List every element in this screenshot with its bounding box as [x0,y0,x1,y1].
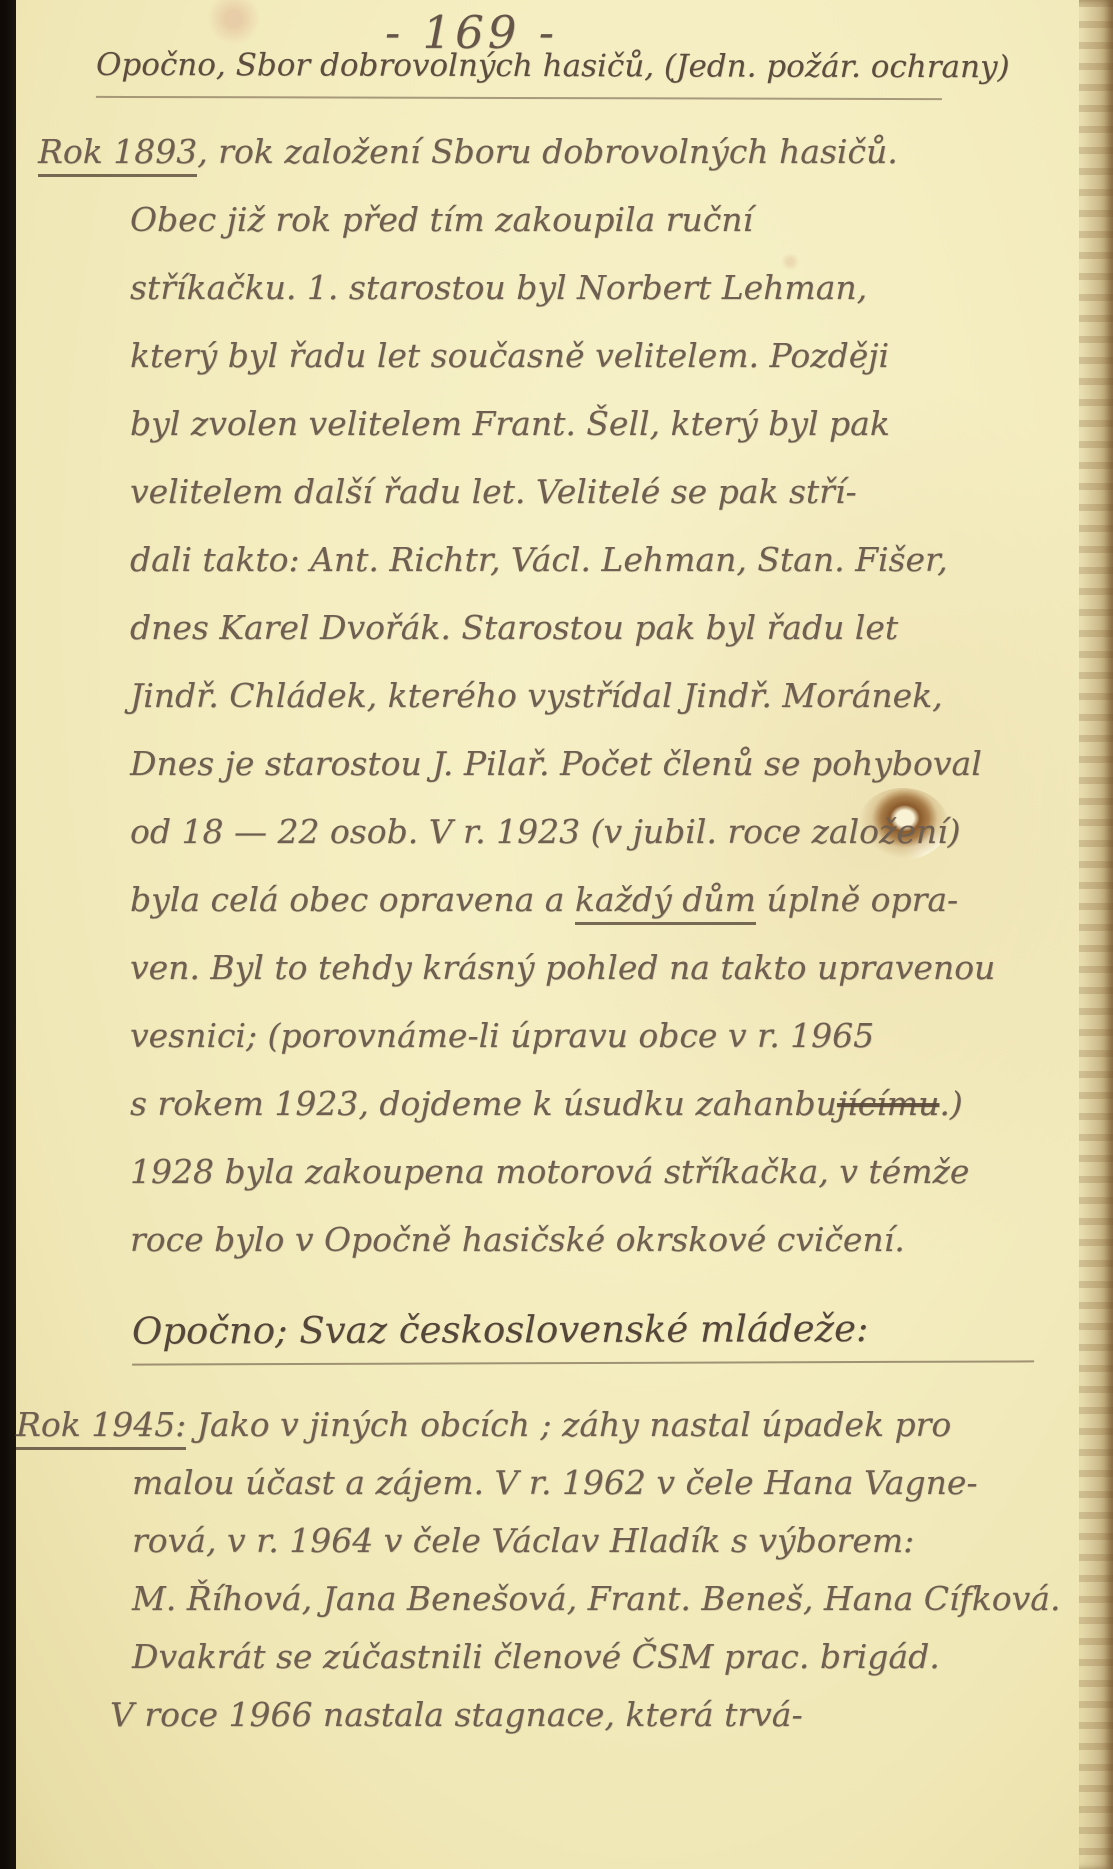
handwritten-line: ven. Byl to tehdy krásný pohled na takto… [130,934,1083,1002]
line-text: byla celá obec opravena a [130,880,575,919]
page-right-edge [1079,0,1113,1869]
line-text: ven. Byl to tehdy krásný pohled na takto… [130,948,995,987]
section-heading-hasici: Opočno, Sbor dobrovolných hasičů, (Jedn.… [96,47,942,100]
line-text: velitelem další řadu let. Velitelé se pa… [130,472,857,511]
handwritten-line: vesnici; (porovnáme-li úpravu obce v r. … [130,1002,1083,1070]
section-heading-mladez: Opočno; Svaz československé mládeže: [132,1306,1034,1365]
handwritten-line: stříkačku. 1. starostou byl Norbert Lehm… [130,254,1083,322]
line-text: dali takto: Ant. Richtr, Václ. Lehman, S… [130,540,948,579]
line-text: od 18 — 22 osob. V r. 1923 (v jubil. roc… [130,812,961,851]
handwritten-line: 1928 byla zakoupena motorová stříkačka, … [130,1138,1083,1206]
handwritten-line: M. Říhová, Jana Benešová, Frant. Beneš, … [132,1570,1083,1628]
line-text: s rokem 1923, dojdeme k úsudku zahanbu [130,1084,837,1123]
underlined-text: Rok 1945: [16,1405,186,1450]
line-text: byl zvolen velitelem Frant. Šell, který … [130,404,890,443]
handwritten-line: rová, v r. 1964 v čele Václav Hladík s v… [132,1512,1083,1570]
line-text: Dnes je starostou J. Pilař. Počet členů … [130,744,982,783]
line-text: Dvakrát se zúčastnili členové ČSM prac. … [132,1637,940,1676]
handwritten-line: Rok 1893, rok založení Sboru dobrovolnýc… [38,118,1083,186]
struck-text: jícímu [837,1084,939,1123]
line-text: Jindř. Chládek, kterého vystřídal Jindř.… [130,676,943,715]
line-text: 1928 byla zakoupena motorová stříkačka, … [130,1152,969,1191]
line-text: malou účast a zájem. V r. 1962 v čele Ha… [132,1463,978,1502]
line-text: M. Říhová, Jana Benešová, Frant. Beneš, … [132,1579,1060,1618]
handwritten-line: s rokem 1923, dojdeme k úsudku zahanbují… [130,1070,1083,1138]
line-text: který byl řadu let současně velitelem. P… [130,336,889,375]
handwritten-line: dnes Karel Dvořák. Starostou pak byl řad… [130,594,1083,662]
line-text: stříkačku. 1. starostou byl Norbert Lehm… [130,268,867,307]
handwritten-line: byla celá obec opravena a každý dům úpln… [130,866,1083,934]
handwritten-line: velitelem další řadu let. Velitelé se pa… [130,458,1083,526]
line-text: dnes Karel Dvořák. Starostou pak byl řad… [130,608,898,647]
handwritten-line: Rok 1945: Jako v jiných obcích ; záhy na… [16,1396,1083,1454]
line-text: úplně opra- [756,880,958,919]
paragraph-hasici: Rok 1893, rok založení Sboru dobrovolnýc… [0,118,1083,1274]
line-text: .) [939,1084,962,1123]
line-text: vesnici; (porovnáme-li úpravu obce v r. … [130,1016,874,1055]
handwritten-line: Jindř. Chládek, kterého vystřídal Jindř.… [130,662,1083,730]
handwritten-line: malou účast a zájem. V r. 1962 v čele Ha… [132,1454,1083,1512]
underlined-text: Rok 1893 [38,132,197,177]
paragraph-mladez: Rok 1945: Jako v jiných obcích ; záhy na… [0,1396,1083,1744]
line-text: V roce 1966 nastala stagnace, která trvá… [110,1695,803,1734]
handwritten-line: byl zvolen velitelem Frant. Šell, který … [130,390,1083,458]
line-text: rová, v r. 1964 v čele Václav Hladík s v… [132,1521,914,1560]
handwritten-line: který byl řadu let současně velitelem. P… [130,322,1083,390]
handwritten-line: Dnes je starostou J. Pilař. Počet členů … [130,730,1083,798]
line-text: roce bylo v Opočně hasičské okrskové cvi… [130,1220,905,1259]
handwritten-line: dali takto: Ant. Richtr, Václ. Lehman, S… [130,526,1083,594]
handwritten-line: od 18 — 22 osob. V r. 1923 (v jubil. roc… [130,798,1083,866]
line-text: Jako v jiných obcích ; záhy nastal úpade… [186,1405,951,1444]
line-text: , rok založení Sboru dobrovolných hasičů… [197,132,898,171]
handwritten-line: Dvakrát se zúčastnili členové ČSM prac. … [132,1628,1083,1686]
underlined-text: každý dům [575,880,756,925]
handwritten-line: Obec již rok před tím zakoupila ruční [130,186,1083,254]
handwritten-line: roce bylo v Opočně hasičské okrskové cvi… [130,1206,1083,1274]
handwritten-line: V roce 1966 nastala stagnace, která trvá… [110,1686,1083,1744]
line-text: Obec již rok před tím zakoupila ruční [130,200,753,239]
